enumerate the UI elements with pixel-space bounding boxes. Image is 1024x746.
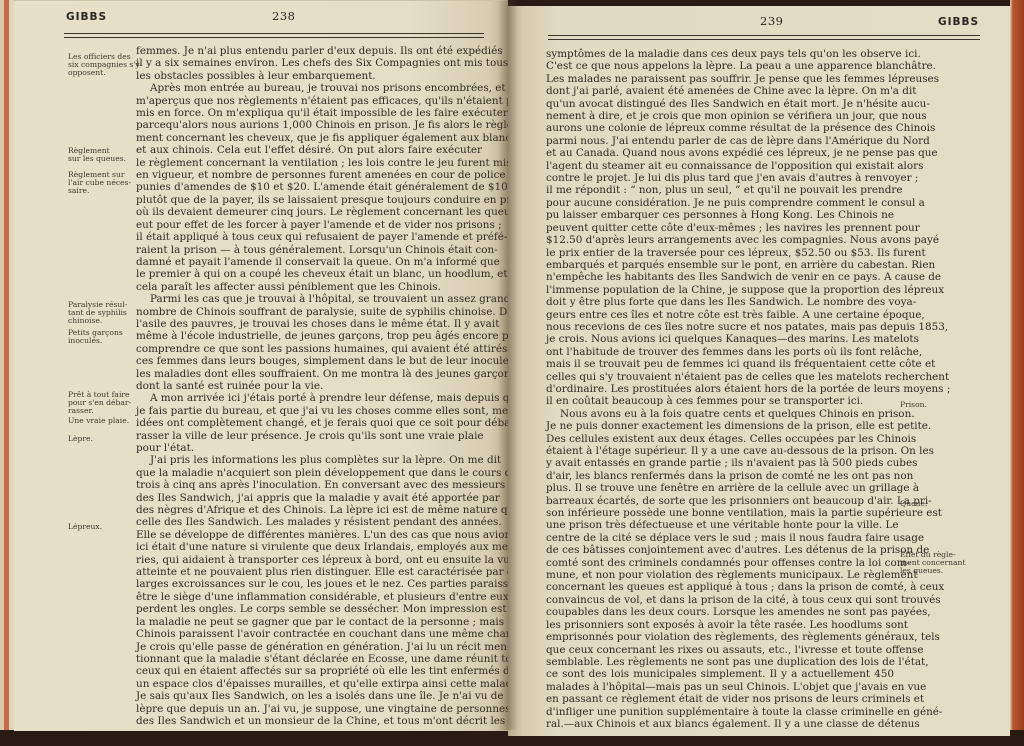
- text-line: les maladies dont elles souffraient. On …: [136, 368, 482, 380]
- text-line: coupables dans les deux cours. Lorsque l…: [546, 606, 894, 618]
- text-line: l'immense population de la Chine, je sup…: [546, 284, 894, 296]
- text-line: atteinte et ne pouvaient plus rien disti…: [136, 566, 482, 578]
- text-line: raient la prison — à tous généralement. …: [136, 244, 482, 256]
- text-line: trois à cinq ans après l'inoculation. En…: [136, 479, 482, 491]
- text-line: ces femmes dans leurs bouges, simplement…: [136, 355, 482, 367]
- text-line: que la maladie n'acquiert son plein déve…: [136, 467, 482, 479]
- text-line: des Iles Sandwich, j'ai appris que la ma…: [136, 492, 482, 504]
- text-line: Parmi les cas que je trouvai à l'hôpital…: [136, 293, 482, 305]
- text-line: ries, qui aidaient à transporter ces lép…: [136, 554, 482, 566]
- text-line: punies d'amendes de $10 et $20. L'amende…: [136, 181, 482, 193]
- text-line: n'empêche les habitants des Iles Sandwic…: [546, 271, 894, 283]
- text-line: et au Canada. Quand nous avons expédié c…: [546, 147, 894, 159]
- text-line: J'ai pris les informations les plus comp…: [136, 454, 482, 466]
- text-line: aurons une colonie de lépreux comme résu…: [546, 122, 894, 134]
- page-number: 239: [760, 14, 783, 28]
- open-book: GIBBS 238 Les officiers des six compagni…: [0, 0, 1024, 730]
- text-line: ont l'habitude de trouver des femmes dan…: [546, 346, 894, 358]
- text-line: concernant les queues est appliqué à tou…: [546, 581, 894, 593]
- text-line: Après mon entrée au bureau, je trouvai n…: [136, 82, 482, 94]
- page-number: 238: [272, 9, 295, 23]
- text-line: nement à dire, et je crois que mon opini…: [546, 110, 894, 122]
- text-line: même à l'école industrielle, de jeunes g…: [136, 330, 482, 342]
- text-line: m'aperçus que nos règlements n'étaient p…: [136, 95, 482, 107]
- text-line: perdent les ongles. Le corps semble se d…: [136, 603, 482, 615]
- margin-note: Petits garçons inoculés.: [68, 329, 123, 345]
- left-page-body: femmes. Je n'ai plus entendu parler d'eu…: [136, 45, 482, 727]
- text-line: le prix entier de la traversée pour ces …: [546, 247, 894, 259]
- margin-note: Règlement sur les queues.: [68, 147, 126, 163]
- text-line: eut pour effet de les forcer à payer l'a…: [136, 219, 482, 231]
- text-line: l'agent du steamer ait eu connaissance d…: [546, 160, 894, 172]
- text-line: pour l'état.: [136, 442, 482, 454]
- text-line: Je crois qu'elle passe de génération en …: [136, 641, 482, 653]
- book-spine-gutter: [498, 0, 518, 730]
- text-line: Nous avons eu à la fois quatre cents et …: [546, 408, 894, 420]
- text-line: nous recevions de ces îles notre sucre e…: [546, 321, 894, 333]
- text-line: le premier à qui on a coupé les cheveux …: [136, 268, 482, 280]
- text-line: je fais partie du bureau, et que j'ai vu…: [136, 405, 482, 417]
- text-line: semblable. Les règlements ne sont pas un…: [546, 656, 894, 668]
- text-line: convaincus de vol, et dans la prison de …: [546, 594, 894, 606]
- text-line: étaient à l'étage supérieur. Il y a une …: [546, 445, 894, 457]
- text-line: mis en force. On m'expliqua qu'il était …: [136, 107, 482, 119]
- text-line: mais il se trouvait peu de femmes ici qu…: [546, 358, 894, 370]
- text-line: qu'un avocat distingué des Iles Sandwich…: [546, 98, 894, 110]
- text-line: geurs entre ces îles et notre côte est t…: [546, 309, 894, 321]
- text-line: ral.—aux Chinois et aux blancs également…: [546, 718, 894, 730]
- text-line: Je ne puis donner exactement les dimensi…: [546, 420, 894, 432]
- text-line: peuvent quitter cette côte d'eux-mêmes ;…: [546, 222, 894, 234]
- text-line: Chinois paraissent l'avoir contractée en…: [136, 628, 482, 640]
- text-line: comprendre ce que sont les passions huma…: [136, 343, 482, 355]
- text-line: Elle se développe de différentes manière…: [136, 529, 482, 541]
- text-line: l'asile des pauvres, je trouvai les chos…: [136, 318, 482, 330]
- text-line: en vigueur, et nombre de personnes furen…: [136, 169, 482, 181]
- text-line: être le siège d'une inflammation considé…: [136, 591, 482, 603]
- text-line: comté sont des criminels condamnés pour …: [546, 557, 894, 569]
- text-line: pour aucune considération. Je ne puis co…: [546, 197, 894, 209]
- text-line: il était appliqué à tous ceux qui refusa…: [136, 231, 482, 243]
- text-line: C'est ce que nous appelons la lèpre. La …: [546, 60, 894, 72]
- text-line: en passant ce règlement était de vider n…: [546, 693, 894, 705]
- margin-note: Paralysie résul- tant de syphilis chinoi…: [68, 301, 127, 326]
- text-line: $12.50 d'après leurs arrangements avec l…: [546, 234, 894, 246]
- text-line: une prison très défectueuse et une vérit…: [546, 519, 894, 531]
- text-line: où ils devaient demeurer cinq jours. Le …: [136, 206, 482, 218]
- text-line: ceux qui en étaient affectés sur sa prop…: [136, 665, 482, 677]
- text-line: A mon arrivée ici j'étais porté à prendr…: [136, 392, 482, 404]
- text-line: son inférieure possède une bonne ventila…: [546, 507, 894, 519]
- text-line: pu laisser embarquer ces personnes à Hon…: [546, 209, 894, 221]
- text-line: dont la santé est ruinée pour la vie.: [136, 380, 482, 392]
- running-head-title: GIBBS: [938, 16, 979, 28]
- text-line: le règlement concernant la ventilation ;…: [136, 157, 482, 169]
- text-line: barreaux écartés, de sorte que les priso…: [546, 495, 894, 507]
- text-line: Je sais qu'aux Iles Sandwich, on les a i…: [136, 690, 482, 702]
- text-line: que ceux concernant les rixes ou assauts…: [546, 644, 894, 656]
- header-rule: [64, 33, 484, 38]
- text-line: femmes. Je n'ai plus entendu parler d'eu…: [136, 45, 482, 57]
- text-line: emprisonnés pour violation des règlement…: [546, 631, 894, 643]
- text-line: tionnant que la maladie s'étant déclarée…: [136, 653, 482, 665]
- margin-note: Lèpre.: [68, 435, 93, 443]
- text-line: parmi nous. J'ai entendu parler de cas d…: [546, 135, 894, 147]
- text-line: idées ont complètement changé, et je fer…: [136, 417, 482, 429]
- margin-note: Règlement sur l'air cube néces- saire.: [68, 171, 131, 196]
- text-line: la maladie ne peut se gagner que par le …: [136, 616, 482, 628]
- text-line: y avait entassés en grande partie ; ils …: [546, 457, 894, 469]
- text-line: Des cellules existent aux deux étages. C…: [546, 433, 894, 445]
- text-line: je crois. Nous avions ici quelques Kanaq…: [546, 333, 894, 345]
- text-line: dont j'ai parlé, avaient été amenées de …: [546, 85, 894, 97]
- right-page: 239 GIBBS Prison. Queue. Effet du règle-…: [508, 6, 1010, 736]
- text-line: il en coûtait beaucoup à ces femmes pour…: [546, 395, 894, 407]
- text-line: contre le projet. Je lui dis plus tard q…: [546, 172, 894, 184]
- running-head-title: GIBBS: [66, 11, 107, 23]
- text-line: de ces bâtisses conjointement avec d'aut…: [546, 544, 894, 556]
- text-line: ment concernant les cheveux, que je fis …: [136, 132, 482, 144]
- text-line: les prisonniers sont exposés à avoir la …: [546, 619, 894, 631]
- book-cover-left-edge: [0, 0, 14, 730]
- text-line: plus. Il se trouve une fenêtre en arrièr…: [546, 482, 894, 494]
- text-line: centre de la cité se déplace vers le sud…: [546, 532, 894, 544]
- text-line: les obstacles possibles à leur embarquem…: [136, 70, 482, 82]
- text-line: symptômes de la maladie dans ces deux pa…: [546, 48, 894, 60]
- right-page-body: symptômes de la maladie dans ces deux pa…: [546, 48, 894, 730]
- text-line: mune, et non pour violation des règlemen…: [546, 569, 894, 581]
- text-line: rasser la ville de leur présence. Je cro…: [136, 430, 482, 442]
- text-line: Les malades ne paraissent pas souffrir. …: [546, 73, 894, 85]
- text-line: d'infliger une punition supplémentaire à…: [546, 706, 894, 718]
- text-line: d'ordinaire. Les prostituées alors étaie…: [546, 383, 894, 395]
- text-line: doit y être plus forte que dans les Iles…: [546, 296, 894, 308]
- text-line: d'air, les blancs renfermés dans la pris…: [546, 470, 894, 482]
- text-line: il me répondit : “ non, plus un seul, ” …: [546, 184, 894, 196]
- text-line: damné et payait l'amende il conservait l…: [136, 256, 482, 268]
- book-cover-right-edge: [1010, 0, 1024, 730]
- margin-note: Prêt à tout faire pour s'en débar- rasse…: [68, 391, 131, 416]
- text-line: et aux chinois. Cela eut l'effet désiré.…: [136, 144, 482, 156]
- text-line: nombre de Chinois souffrant de paralysie…: [136, 306, 482, 318]
- margin-note: Les officiers des six compagnies s'y opp…: [68, 53, 140, 78]
- text-line: parcequ'alors nous aurions 1,000 Chinois…: [136, 119, 482, 131]
- text-line: cela paraît les affecter aussi pénibleme…: [136, 281, 482, 293]
- text-line: un espace clos d'épaisses murailles, et …: [136, 678, 482, 690]
- text-line: des nègres d'Afrique et des Chinois. La …: [136, 504, 482, 516]
- text-line: plutôt que de la payer, ils se laissaien…: [136, 194, 482, 206]
- text-line: lèpre que depuis un an. J'ai vu, je supp…: [136, 703, 482, 715]
- text-line: ici était d'une nature si virulente que …: [136, 541, 482, 553]
- text-line: embarqués et parqués ensemble sur le pon…: [546, 259, 894, 271]
- text-line: celles qui s'y trouvaient n'étaient pas …: [546, 371, 894, 383]
- text-line: malades à l'hôpital—mais pas un seul Chi…: [546, 681, 894, 693]
- text-line: ce sont des lois municipales simplement.…: [546, 668, 894, 680]
- text-line: des Iles Sandwich et un monsieur de la C…: [136, 715, 482, 727]
- margin-note: Une vraie plaie.: [68, 417, 129, 425]
- margin-note: Lépreux.: [68, 523, 102, 531]
- text-line: celle des Iles Sandwich. Les malades y r…: [136, 516, 482, 528]
- text-line: il y a six semaines environ. Les chefs d…: [136, 57, 482, 69]
- left-page: GIBBS 238 Les officiers des six compagni…: [14, 0, 508, 731]
- header-rule: [548, 35, 980, 40]
- text-line: larges excroissances sur le cou, les jou…: [136, 578, 482, 590]
